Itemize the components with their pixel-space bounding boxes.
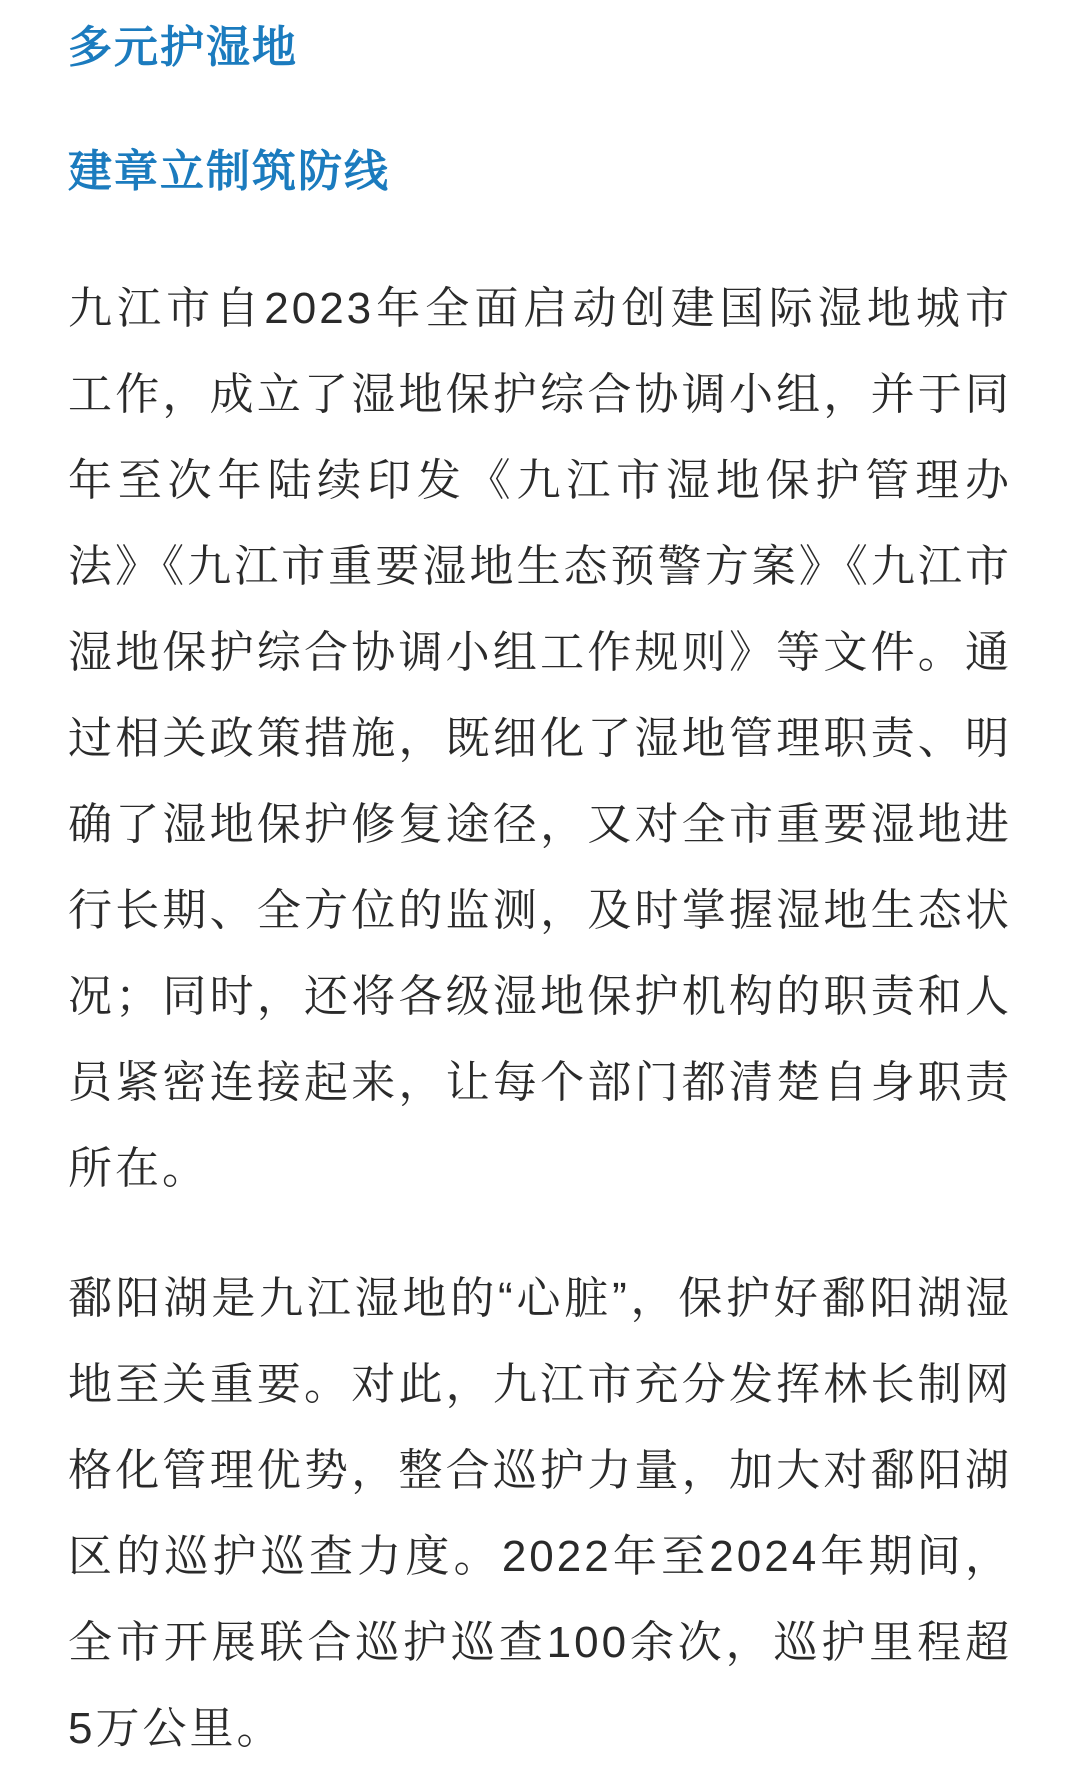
subsection-title: 建章立制筑防线 (68, 146, 1012, 198)
paragraph-policy-framework: 九江市自2023年全面启动创建国际湿地城市工作，成立了湿地保护综合协调小组，并于… (68, 266, 1012, 1212)
paragraph-poyang-lake-patrol: 鄱阳湖是九江湿地的“心脏”，保护好鄱阳湖湿地至关重要。对此，九江市充分发挥林长制… (68, 1256, 1012, 1772)
article-page: 多元护湿地 建章立制筑防线 九江市自2023年全面启动创建国际湿地城市工作，成立… (0, 0, 1080, 1785)
section-title: 多元护湿地 (68, 22, 1012, 74)
